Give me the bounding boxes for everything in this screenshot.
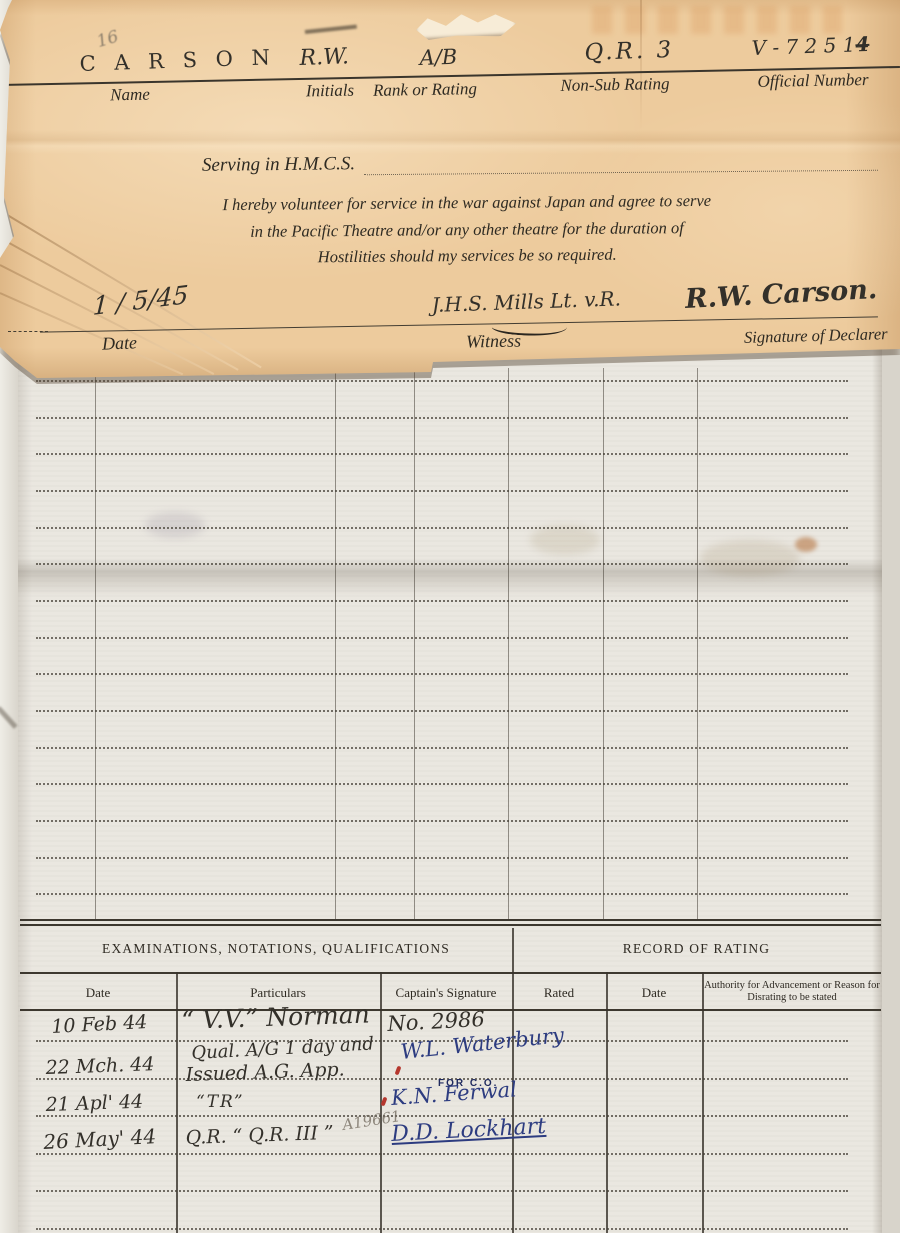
column-header-date: Date xyxy=(20,980,176,1006)
rank-value: A/B xyxy=(419,45,458,70)
entry-dotted-line xyxy=(36,1228,848,1230)
declaration-paragraph: I hereby volunteer for service in the wa… xyxy=(172,187,763,272)
grid-vline xyxy=(414,368,415,921)
dotted-line xyxy=(36,710,848,712)
official-number-label: Official Number xyxy=(738,69,888,94)
dotted-line xyxy=(36,673,848,675)
scanned-service-record: EXAMINATIONS, NOTATIONS, QUALIFICATIONS … xyxy=(0,0,900,1233)
dotted-line xyxy=(36,747,848,749)
signature-baseline-dashes xyxy=(8,331,48,332)
column-header-rated: Rated xyxy=(512,980,606,1006)
crease xyxy=(640,0,642,130)
non-sub-rating-value: Q.R. 3 xyxy=(584,37,674,66)
dotted-line xyxy=(36,857,848,859)
pencil-scribble: 16 xyxy=(94,27,120,52)
serving-dotted-line xyxy=(364,170,878,175)
dotted-line xyxy=(36,600,848,602)
dotted-line xyxy=(36,820,848,822)
serving-label: Serving in H.M.C.S. xyxy=(202,153,355,177)
grid-vline xyxy=(697,368,698,921)
stain xyxy=(530,525,600,555)
rust-spot xyxy=(795,537,817,552)
witness-label: Witness xyxy=(466,331,521,353)
table-vline xyxy=(606,972,608,1233)
entry-dotted-line xyxy=(36,1115,848,1117)
name-label: Name xyxy=(75,83,185,107)
dotted-line xyxy=(36,453,848,455)
grid-vline xyxy=(508,368,509,921)
dotted-line xyxy=(36,490,848,492)
grid-vline xyxy=(95,368,96,921)
entry-particulars: “TR” xyxy=(196,1092,245,1112)
grid-vline xyxy=(603,368,604,921)
dotted-line xyxy=(36,417,848,419)
entry-dotted-line xyxy=(36,1153,848,1155)
dark-mark xyxy=(305,25,357,34)
table-group-header-examinations: EXAMINATIONS, NOTATIONS, QUALIFICATIONS xyxy=(40,936,512,962)
entry-date: 22 Mch. 44 xyxy=(45,1053,155,1079)
official-number-value: V - 7 2 5 1 xyxy=(751,32,856,60)
date-label: Date xyxy=(102,332,138,354)
table-vline xyxy=(702,972,704,1233)
double-rule-top xyxy=(20,919,881,921)
column-header-authority: Authority for Advancement or Reason for … xyxy=(704,973,880,1011)
column-header-date2: Date xyxy=(606,980,702,1006)
bleed-through-text xyxy=(592,6,842,34)
smudge xyxy=(145,512,205,538)
witness-signature: J.H.S. Mills Lt. v.R. xyxy=(431,286,621,317)
non-sub-rating-label: Non-Sub Rating xyxy=(545,73,685,97)
stain xyxy=(700,540,800,576)
declarer-label: Signature of Declarer xyxy=(744,324,888,348)
name-value: C A R S O N xyxy=(79,45,276,76)
rank-label: Rank or Rating xyxy=(360,78,490,102)
table-vline xyxy=(176,972,178,1233)
dotted-line xyxy=(36,893,848,895)
grid-vline xyxy=(335,368,336,921)
declarer-signature: R.W. Carson. xyxy=(684,274,878,315)
dotted-line xyxy=(36,527,848,529)
paper-tear xyxy=(415,11,516,40)
dotted-line xyxy=(36,637,848,639)
double-rule-bottom xyxy=(20,924,881,926)
entry-dotted-line xyxy=(36,1190,848,1192)
official-number-struck-digit: 4 xyxy=(855,32,870,56)
volunteer-slip: 16 C A R S O N Name R.W. Initials A/B Ra… xyxy=(0,0,900,382)
entry-date: 21 Apl' 44 xyxy=(45,1091,143,1116)
column-header-captains-signature: Captain's Signature xyxy=(380,980,512,1006)
dotted-line xyxy=(36,563,848,565)
dotted-line xyxy=(36,783,848,785)
initials-value: R.W. xyxy=(299,44,349,71)
table-group-header-record-of-rating: RECORD OF RATING xyxy=(512,936,881,962)
declaration-line3: Hostilities should my services be so req… xyxy=(172,241,762,273)
